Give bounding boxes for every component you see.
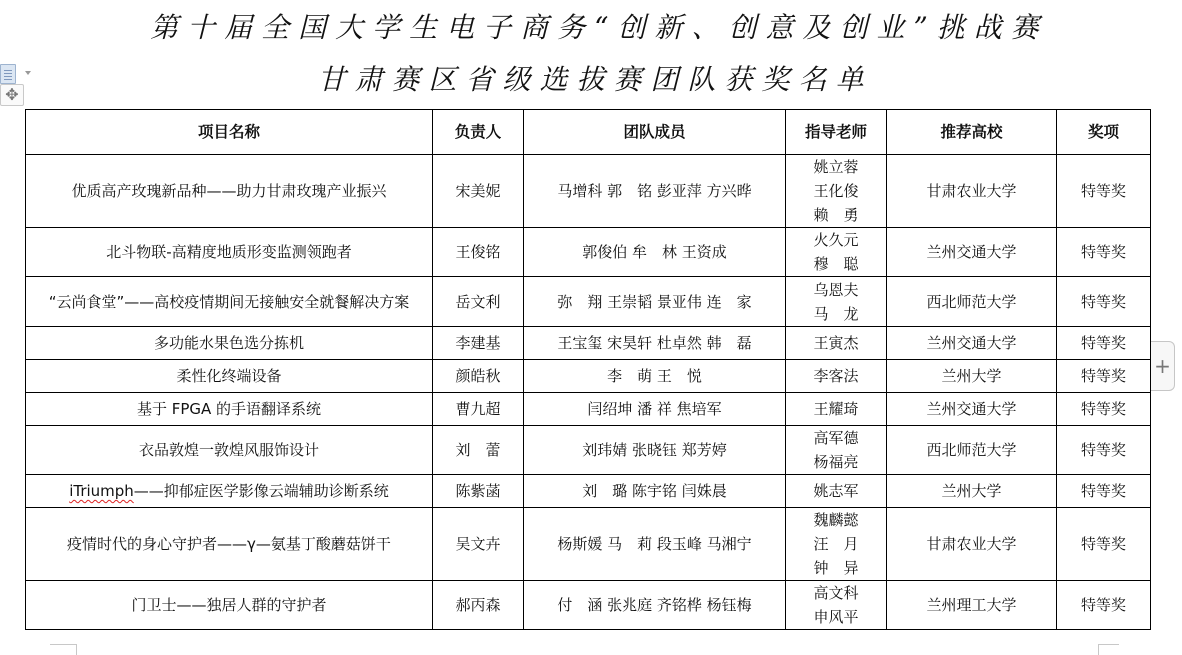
cell-leader[interactable]: 刘 蕾 <box>433 426 524 475</box>
cell-school[interactable]: 兰州交通大学 <box>887 327 1057 360</box>
cell-leader[interactable]: 郝丙森 <box>433 581 524 630</box>
cell-mentors[interactable]: 魏麟懿 汪 月 钟 异 <box>786 508 887 581</box>
awards-table: 项目名称 负责人 团队成员 指导老师 推荐高校 奖项 优质高产玫瑰新品种——助力… <box>25 109 1151 630</box>
cell-school[interactable]: 兰州交通大学 <box>887 228 1057 277</box>
cell-members[interactable]: 杨斯媛 马 莉 段玉峰 马湘宁 <box>524 508 786 581</box>
page-corner-mark-right <box>1098 644 1119 655</box>
table-row: iTriumph——抑郁症医学影像云端辅助诊断系统 陈紫菡 刘 璐 陈宇铭 闫姝… <box>26 475 1151 508</box>
page-corner-mark-left <box>50 644 77 655</box>
mentor-name: 姚志军 <box>790 479 882 503</box>
cell-award[interactable]: 特等奖 <box>1057 327 1151 360</box>
header-award: 奖项 <box>1057 110 1151 155</box>
cell-award[interactable]: 特等奖 <box>1057 228 1151 277</box>
cell-members[interactable]: 刘 璐 陈宇铭 闫姝晨 <box>524 475 786 508</box>
cell-members[interactable]: 郭俊伯 牟 林 王资成 <box>524 228 786 277</box>
cell-leader[interactable]: 李建基 <box>433 327 524 360</box>
cell-award[interactable]: 特等奖 <box>1057 475 1151 508</box>
mentor-name: 王寅杰 <box>790 331 882 355</box>
cell-members[interactable]: 弥 翔 王崇韬 景亚伟 连 家 <box>524 277 786 327</box>
cell-mentors[interactable]: 火久元 穆 聪 <box>786 228 887 277</box>
document-title-line-1: 第十届全国大学生电子商务“创新、创意及创业”挑战赛 <box>8 6 1182 46</box>
mentor-name: 申风平 <box>790 605 882 629</box>
table-row: 疫情时代的身心守护者——γ—氨基丁酸蘑菇饼干 吴文卉 杨斯媛 马 莉 段玉峰 马… <box>26 508 1151 581</box>
cell-leader[interactable]: 岳文利 <box>433 277 524 327</box>
cell-school[interactable]: 兰州大学 <box>887 475 1057 508</box>
cell-members[interactable]: 刘玮婧 张晓钰 郑芳婷 <box>524 426 786 475</box>
cell-school[interactable]: 兰州理工大学 <box>887 581 1057 630</box>
cell-award[interactable]: 特等奖 <box>1057 426 1151 475</box>
table-row: 衣品敦煌一敦煌风服饰设计 刘 蕾 刘玮婧 张晓钰 郑芳婷 高军德 杨福亮 西北师… <box>26 426 1151 475</box>
cell-members[interactable]: 王宝玺 宋昊轩 杜卓然 韩 磊 <box>524 327 786 360</box>
header-school: 推荐高校 <box>887 110 1057 155</box>
cell-school[interactable]: 甘肃农业大学 <box>887 155 1057 228</box>
mentor-name: 火久元 <box>790 228 882 252</box>
cell-award[interactable]: 特等奖 <box>1057 277 1151 327</box>
cell-award[interactable]: 特等奖 <box>1057 508 1151 581</box>
mentor-name: 高文科 <box>790 581 882 605</box>
header-team-members: 团队成员 <box>524 110 786 155</box>
mentor-name: 王化俊 <box>790 179 882 203</box>
table-row: 北斗物联-高精度地质形变监测领跑者 王俊铭 郭俊伯 牟 林 王资成 火久元 穆 … <box>26 228 1151 277</box>
table-row: 门卫士——独居人群的守护者 郝丙森 付 涵 张兆庭 齐铭桦 杨钰梅 高文科 申风… <box>26 581 1151 630</box>
mentor-name: 钟 异 <box>790 556 882 580</box>
table-row: 柔性化终端设备 颜皓秋 李 萌 王 悦 李客法 兰州大学 特等奖 <box>26 360 1151 393</box>
cell-mentors[interactable]: 王寅杰 <box>786 327 887 360</box>
cell-project[interactable]: 门卫士——独居人群的守护者 <box>26 581 433 630</box>
cell-school[interactable]: 兰州交通大学 <box>887 393 1057 426</box>
cell-members[interactable]: 付 涵 张兆庭 齐铭桦 杨钰梅 <box>524 581 786 630</box>
cell-project[interactable]: 优质高产玫瑰新品种——助力甘肃玫瑰产业振兴 <box>26 155 433 228</box>
cell-leader[interactable]: 王俊铭 <box>433 228 524 277</box>
header-project-name: 项目名称 <box>26 110 433 155</box>
cell-award[interactable]: 特等奖 <box>1057 360 1151 393</box>
cell-project[interactable]: 多功能水果色选分拣机 <box>26 327 433 360</box>
paste-options-icon[interactable] <box>0 64 16 84</box>
cell-mentors[interactable]: 乌恩夫 马 龙 <box>786 277 887 327</box>
cell-members[interactable]: 闫绍坤 潘 祥 焦培军 <box>524 393 786 426</box>
mentor-name: 乌恩夫 <box>790 278 882 302</box>
cell-members[interactable]: 李 萌 王 悦 <box>524 360 786 393</box>
cell-mentors[interactable]: 姚立蓉 王化俊 赖 勇 <box>786 155 887 228</box>
table-row: 多功能水果色选分拣机 李建基 王宝玺 宋昊轩 杜卓然 韩 磊 王寅杰 兰州交通大… <box>26 327 1151 360</box>
cell-project[interactable]: 北斗物联-高精度地质形变监测领跑者 <box>26 228 433 277</box>
cell-award[interactable]: 特等奖 <box>1057 581 1151 630</box>
cell-school[interactable]: 兰州大学 <box>887 360 1057 393</box>
table-handle[interactable]: ✥ <box>0 62 34 106</box>
cell-project[interactable]: 基于 FPGA 的手语翻译系统 <box>26 393 433 426</box>
cell-mentors[interactable]: 姚志军 <box>786 475 887 508</box>
cell-leader[interactable]: 吴文卉 <box>433 508 524 581</box>
cell-leader[interactable]: 宋美妮 <box>433 155 524 228</box>
mentor-name: 李客法 <box>790 364 882 388</box>
cell-project[interactable]: “云尚食堂”——高校疫情期间无接触安全就餐解决方案 <box>26 277 433 327</box>
mentor-name: 杨福亮 <box>790 450 882 474</box>
cell-leader[interactable]: 陈紫菡 <box>433 475 524 508</box>
mentor-name: 姚立蓉 <box>790 155 882 179</box>
table-row: 基于 FPGA 的手语翻译系统 曹九超 闫绍坤 潘 祥 焦培军 王耀琦 兰州交通… <box>26 393 1151 426</box>
header-mentor: 指导老师 <box>786 110 887 155</box>
dropdown-caret-icon[interactable] <box>25 71 31 75</box>
cell-leader[interactable]: 曹九超 <box>433 393 524 426</box>
mentor-name: 高军德 <box>790 426 882 450</box>
cell-mentors[interactable]: 高军德 杨福亮 <box>786 426 887 475</box>
cell-project[interactable]: 衣品敦煌一敦煌风服饰设计 <box>26 426 433 475</box>
cell-school[interactable]: 甘肃农业大学 <box>887 508 1057 581</box>
table-move-icon[interactable]: ✥ <box>0 84 24 106</box>
mentor-name: 魏麟懿 <box>790 508 882 532</box>
spellcheck-word[interactable]: iTriumph <box>69 482 134 500</box>
project-name-rest: ——抑郁症医学影像云端辅助诊断系统 <box>134 482 389 500</box>
cell-mentors[interactable]: 李客法 <box>786 360 887 393</box>
mentor-name: 穆 聪 <box>790 252 882 276</box>
document-title-line-2: 甘肃赛区省级选拔赛团队获奖名单 <box>4 58 1182 98</box>
mentor-name: 赖 勇 <box>790 203 882 227</box>
add-column-button[interactable]: + <box>1151 341 1175 391</box>
cell-project[interactable]: iTriumph——抑郁症医学影像云端辅助诊断系统 <box>26 475 433 508</box>
cell-school[interactable]: 西北师范大学 <box>887 426 1057 475</box>
cell-members[interactable]: 马增科 郭 铭 彭亚萍 方兴晔 <box>524 155 786 228</box>
cell-award[interactable]: 特等奖 <box>1057 155 1151 228</box>
table-row: “云尚食堂”——高校疫情期间无接触安全就餐解决方案 岳文利 弥 翔 王崇韬 景亚… <box>26 277 1151 327</box>
cell-mentors[interactable]: 王耀琦 <box>786 393 887 426</box>
cell-leader[interactable]: 颜皓秋 <box>433 360 524 393</box>
mentor-name: 马 龙 <box>790 302 882 326</box>
cell-project[interactable]: 疫情时代的身心守护者——γ—氨基丁酸蘑菇饼干 <box>26 508 433 581</box>
table-header-row: 项目名称 负责人 团队成员 指导老师 推荐高校 奖项 <box>26 110 1151 155</box>
header-leader: 负责人 <box>433 110 524 155</box>
cell-mentors[interactable]: 高文科 申风平 <box>786 581 887 630</box>
cell-award[interactable]: 特等奖 <box>1057 393 1151 426</box>
cell-school[interactable]: 西北师范大学 <box>887 277 1057 327</box>
table-row: 优质高产玫瑰新品种——助力甘肃玫瑰产业振兴 宋美妮 马增科 郭 铭 彭亚萍 方兴… <box>26 155 1151 228</box>
mentor-name: 王耀琦 <box>790 397 882 421</box>
mentor-name: 汪 月 <box>790 532 882 556</box>
cell-project[interactable]: 柔性化终端设备 <box>26 360 433 393</box>
